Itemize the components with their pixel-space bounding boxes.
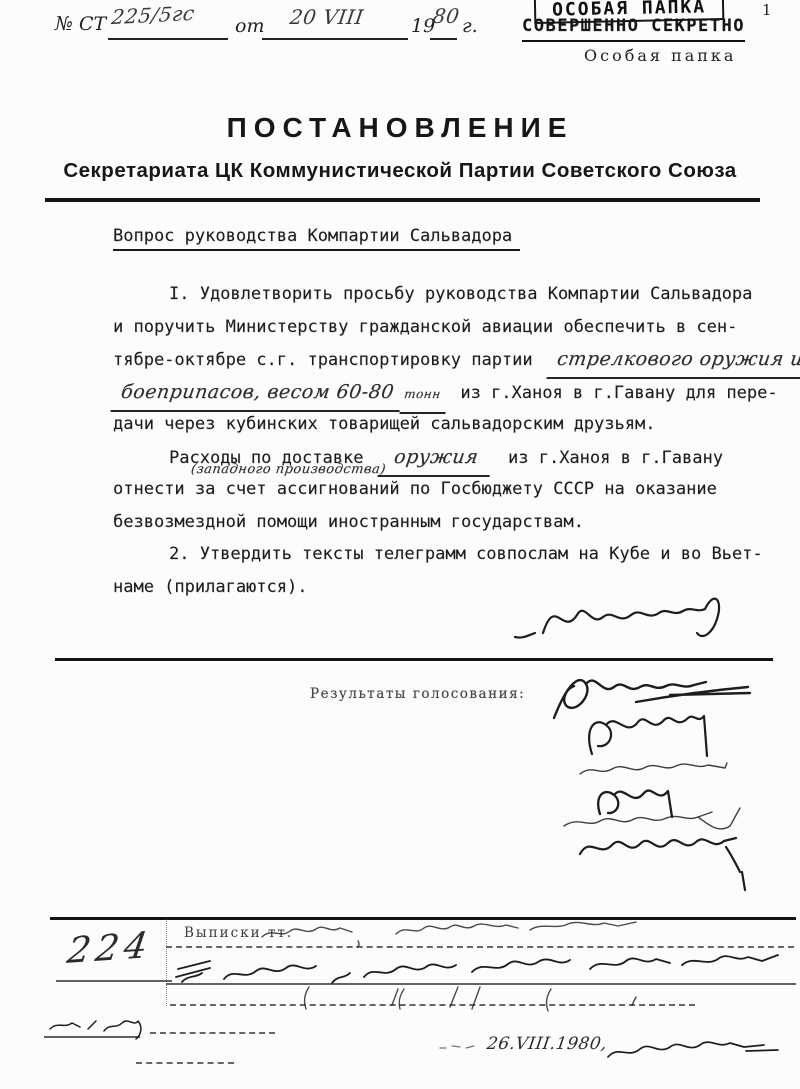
resolution-body: I. Удовлетворить просьбу руководства Ком… bbox=[113, 278, 758, 603]
blank-line bbox=[108, 38, 228, 40]
p2-line1-typed2: из г.Ханоя в г.Гавану bbox=[508, 448, 723, 468]
signature-3 bbox=[580, 763, 727, 774]
special-folder-note: Особая папка bbox=[584, 46, 736, 65]
p2-line1-typed1: Расходы по доставке bbox=[169, 448, 363, 468]
doc-from-label: от bbox=[235, 15, 264, 37]
p1-line2: и поручить Министерству гражданской авиа… bbox=[113, 311, 758, 344]
footer-scribbles bbox=[0, 915, 800, 1089]
title-rule bbox=[45, 198, 760, 202]
distribution-date-handwritten: 26.VIII.1980, bbox=[486, 1034, 609, 1054]
voting-rule bbox=[55, 658, 773, 661]
doc-number-handwritten: 225/5гс bbox=[110, 1, 196, 29]
handwritten-insert-ammo: боеприпасов, весом 60-80 bbox=[111, 376, 405, 412]
p2-line1: Расходы по доставке оружия из г.Ханоя в … bbox=[113, 441, 758, 474]
handwritten-insert-arms: оружия bbox=[377, 441, 494, 477]
secrecy-classification: СОВЕРШЕННО СЕКРЕТНО bbox=[522, 16, 745, 42]
doc-year-handwritten: 80 bbox=[431, 4, 461, 28]
handwritten-insert-weapons: стрелкового оружия и bbox=[546, 343, 800, 379]
doc-year-suffix: г. bbox=[462, 15, 478, 37]
signature-2 bbox=[589, 716, 707, 756]
resolution-subtitle: Секретариата ЦК Коммунистической Партии … bbox=[0, 159, 800, 183]
footer-date-dots bbox=[440, 1046, 474, 1048]
p2-line2: отнести за счет ассигнований по Госбюдже… bbox=[113, 473, 758, 506]
p1-line3-typed: тябре-октябре с.г. транспортировку парти… bbox=[113, 350, 533, 370]
voting-results-label: Результаты голосования: bbox=[310, 686, 525, 702]
footer-name-scribble bbox=[608, 1042, 778, 1057]
p1-line5: дачи через кубинских товарищей сальвадор… bbox=[113, 408, 758, 441]
extracts-names-scribble bbox=[262, 922, 636, 947]
document-page: № СТ 225/5гс от 20 VIII 19 80 г. ОСОБАЯ … bbox=[0, 0, 800, 1089]
page-number: 1 bbox=[762, 1, 772, 19]
doc-number-prefix: № СТ bbox=[55, 13, 106, 35]
footer-ticks-scribble bbox=[305, 987, 636, 1011]
footer-row2-scribble bbox=[176, 955, 778, 983]
footer-left-scribble bbox=[50, 1021, 141, 1039]
doc-date-handwritten: 20 VIII bbox=[288, 5, 365, 29]
p1-line3: тябре-октябре с.г. транспортировку парти… bbox=[113, 343, 758, 376]
signature-1 bbox=[554, 680, 750, 718]
p1-line4: (западного производства) боеприпасов, ве… bbox=[113, 376, 758, 409]
voting-signatures bbox=[540, 668, 790, 898]
signature-4 bbox=[598, 791, 672, 817]
subject-heading: Вопрос руководства Компартии Сальвадора bbox=[113, 226, 520, 251]
signature-6 bbox=[580, 838, 745, 890]
signature-5 bbox=[564, 808, 740, 829]
blank-line bbox=[430, 38, 457, 40]
p1-line4-typed: из г.Ханоя в г.Гавану для пере- bbox=[460, 383, 777, 403]
resolution-title: ПОСТАНОВЛЕНИЕ bbox=[0, 112, 800, 144]
p2-line3: безвозмездной помощи иностранным государ… bbox=[113, 506, 758, 539]
blank-line bbox=[262, 38, 408, 40]
approval-signature bbox=[505, 583, 750, 653]
p3-line1: 2. Утвердить тексты телеграмм совпослам … bbox=[113, 538, 758, 571]
p1-line1: I. Удовлетворить просьбу руководства Ком… bbox=[113, 278, 758, 311]
